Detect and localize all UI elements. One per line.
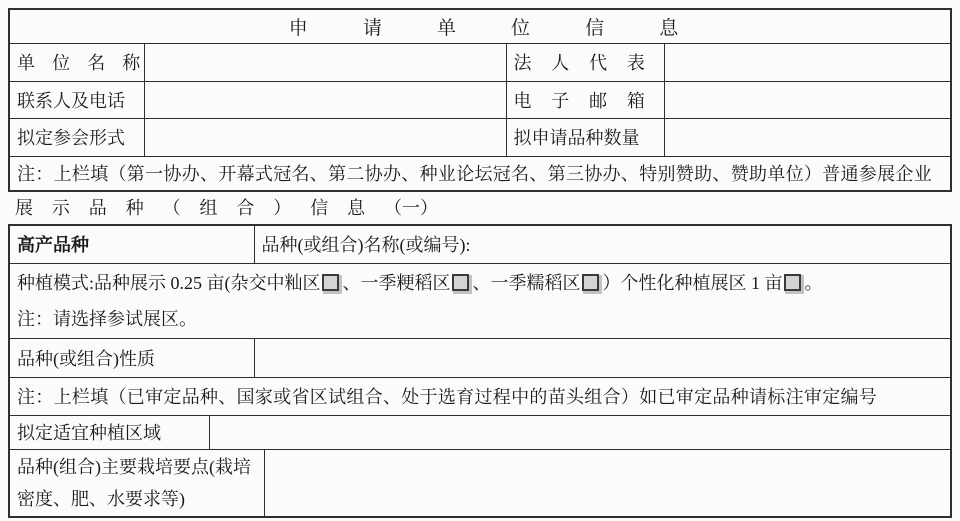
table-row: 联系人及电话 电子邮箱	[9, 81, 951, 118]
section-title-text: 展示品种（组合）信息	[15, 198, 384, 218]
table1-note: 注：上栏填（第一协办、开幕式冠名、第二协办、种业论坛冠名、第三协办、特别赞助、赞…	[9, 156, 951, 191]
planting-mode-seg2: 、一季粳稻区	[343, 273, 451, 293]
planting-mode-seg5: 。	[805, 273, 823, 293]
applicant-info-table: 申请单位信息 单位名称 法人代表 联系人及电话 电子邮箱 拟定参会形式 拟申请品…	[8, 8, 952, 192]
table-row: 品种(组合)主要栽培要点(栽培密度、肥、水要求等)	[9, 449, 951, 517]
contact-phone-label: 联系人及电话	[9, 81, 144, 118]
legal-rep-field[interactable]	[664, 43, 951, 81]
email-field[interactable]	[664, 81, 951, 118]
checkbox-hybrid-mid-indica-zone[interactable]	[322, 274, 339, 291]
participation-form-field[interactable]	[144, 118, 506, 156]
table-row: 申请单位信息	[9, 9, 951, 43]
table-row: 注：上栏填（第一协办、开幕式冠名、第二协办、种业论坛冠名、第三协办、特别赞助、赞…	[9, 156, 951, 191]
checkbox-single-season-glutinous-zone[interactable]	[582, 274, 599, 291]
cultivation-points-field[interactable]	[264, 449, 951, 517]
variety-name-cell[interactable]: 品种(或组合)名称(或编号):	[254, 225, 951, 263]
planting-mode-cell: 种植模式:品种展示 0.25 亩(杂交中籼区、一季粳稻区、一季糯稻区）个性化种植…	[9, 263, 951, 338]
variety-nature-field[interactable]	[254, 338, 951, 377]
section-title-suffix: （一）	[384, 198, 438, 218]
table-row: 种植模式:品种展示 0.25 亩(杂交中籼区、一季粳稻区、一季糯稻区）个性化种植…	[9, 263, 951, 338]
unit-name-label: 单位名称	[9, 43, 144, 81]
table-row: 高产品种 品种(或组合)名称(或编号):	[9, 225, 951, 263]
section-title: 展示品种（组合）信息（一）	[15, 192, 438, 224]
checkbox-personalized-planting-zone[interactable]	[784, 274, 801, 291]
variety-name-label: 品种(或组合)名称(或编号):	[262, 235, 471, 255]
participation-form-label: 拟定参会形式	[9, 118, 144, 156]
variety-quantity-field[interactable]	[664, 118, 951, 156]
table2-note: 注：上栏填（已审定品种、国家或省区试组合、处于选育过程中的苗头组合）如已审定品种…	[9, 377, 951, 415]
legal-rep-label: 法人代表	[506, 43, 664, 81]
variety-quantity-label: 拟申请品种数量	[506, 118, 664, 156]
planting-mode-seg4: ）个性化种植展区 1 亩	[603, 273, 783, 293]
planting-mode-line: 种植模式:品种展示 0.25 亩(杂交中籼区、一季粳稻区、一季糯稻区）个性化种植…	[17, 265, 950, 301]
contact-phone-field[interactable]	[144, 81, 506, 118]
table-row: 拟定参会形式 拟申请品种数量	[9, 118, 951, 156]
application-form-document: 申请单位信息 单位名称 法人代表 联系人及电话 电子邮箱 拟定参会形式 拟申请品…	[0, 0, 960, 521]
planting-mode-seg3: 、一季糯稻区	[473, 273, 581, 293]
email-label: 电子邮箱	[506, 81, 664, 118]
planting-region-field[interactable]	[209, 415, 951, 449]
table1-title: 申请单位信息	[9, 9, 951, 43]
planting-mode-seg1: 种植模式:品种展示 0.25 亩(杂交中籼区	[17, 273, 321, 293]
table-row: 品种(或组合)性质	[9, 338, 951, 377]
table-row: 单位名称 法人代表	[9, 43, 951, 81]
table-row: 注：上栏填（已审定品种、国家或省区试组合、处于选育过程中的苗头组合）如已审定品种…	[9, 377, 951, 415]
table-row: 拟定适宜种植区域	[9, 415, 951, 449]
variety-nature-label: 品种(或组合)性质	[9, 338, 254, 377]
planting-mode-note: 注：请选择参试展区。	[17, 301, 950, 337]
variety-info-table: 高产品种 品种(或组合)名称(或编号): 种植模式:品种展示 0.25 亩(杂交…	[8, 224, 952, 518]
checkbox-single-season-japonica-zone[interactable]	[452, 274, 469, 291]
variety-type-label: 高产品种	[9, 225, 254, 263]
planting-region-label: 拟定适宜种植区域	[9, 415, 209, 449]
cultivation-points-label: 品种(组合)主要栽培要点(栽培密度、肥、水要求等)	[9, 449, 264, 517]
unit-name-field[interactable]	[144, 43, 506, 81]
